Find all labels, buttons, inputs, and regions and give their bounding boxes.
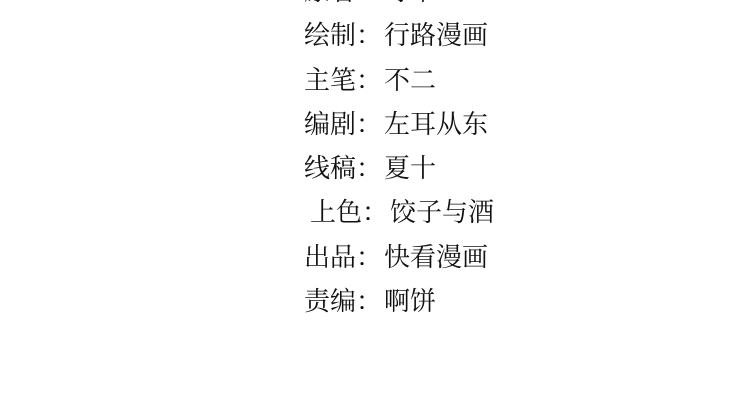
credit-lead-artist: 主笔：不二 — [304, 59, 494, 103]
credit-publisher: 出品：快看漫画 — [304, 236, 494, 280]
credit-illustration: 绘制：行路漫画 — [304, 14, 494, 58]
credit-name: 不二 — [384, 59, 436, 103]
credit-role: 上色 — [310, 191, 362, 235]
credit-name: 左耳从东 — [384, 103, 488, 147]
credit-name: 快看漫画 — [384, 236, 488, 280]
credit-role: 出品 — [304, 236, 356, 280]
credit-name: 啊饼 — [384, 280, 436, 324]
credit-separator: ： — [356, 59, 382, 103]
credit-editor: 责编：啊饼 — [304, 280, 494, 324]
credit-role: 绘制 — [304, 14, 356, 58]
credit-separator: ： — [356, 14, 382, 58]
credit-name: 饺子与酒 — [390, 191, 494, 235]
credit-separator: ： — [356, 236, 382, 280]
credit-separator: ： — [356, 103, 382, 147]
credit-coloring: 上色：饺子与酒 — [304, 191, 494, 235]
credit-role: 原著 — [304, 0, 356, 14]
credit-role: 编剧 — [304, 103, 356, 147]
credit-name: 夏十 — [384, 147, 436, 191]
credit-original-author: 原著：寻木三 — [304, 0, 494, 14]
credit-role: 线稿 — [304, 147, 356, 191]
credit-screenwriter: 编剧：左耳从东 — [304, 103, 494, 147]
credit-role: 责编 — [304, 280, 356, 324]
credit-name: 行路漫画 — [384, 14, 488, 58]
credit-separator: ： — [356, 0, 382, 14]
credits-list: 原著：寻木三 绘制：行路漫画 主笔：不二 编剧：左耳从东 线稿：夏十 上色：饺子… — [304, 0, 494, 324]
credit-role: 主笔 — [304, 59, 356, 103]
credit-separator: ： — [362, 191, 388, 235]
credit-lineart: 线稿：夏十 — [304, 147, 494, 191]
credit-separator: ： — [356, 147, 382, 191]
credit-name: 寻木三 — [384, 0, 462, 14]
credit-separator: ： — [356, 280, 382, 324]
